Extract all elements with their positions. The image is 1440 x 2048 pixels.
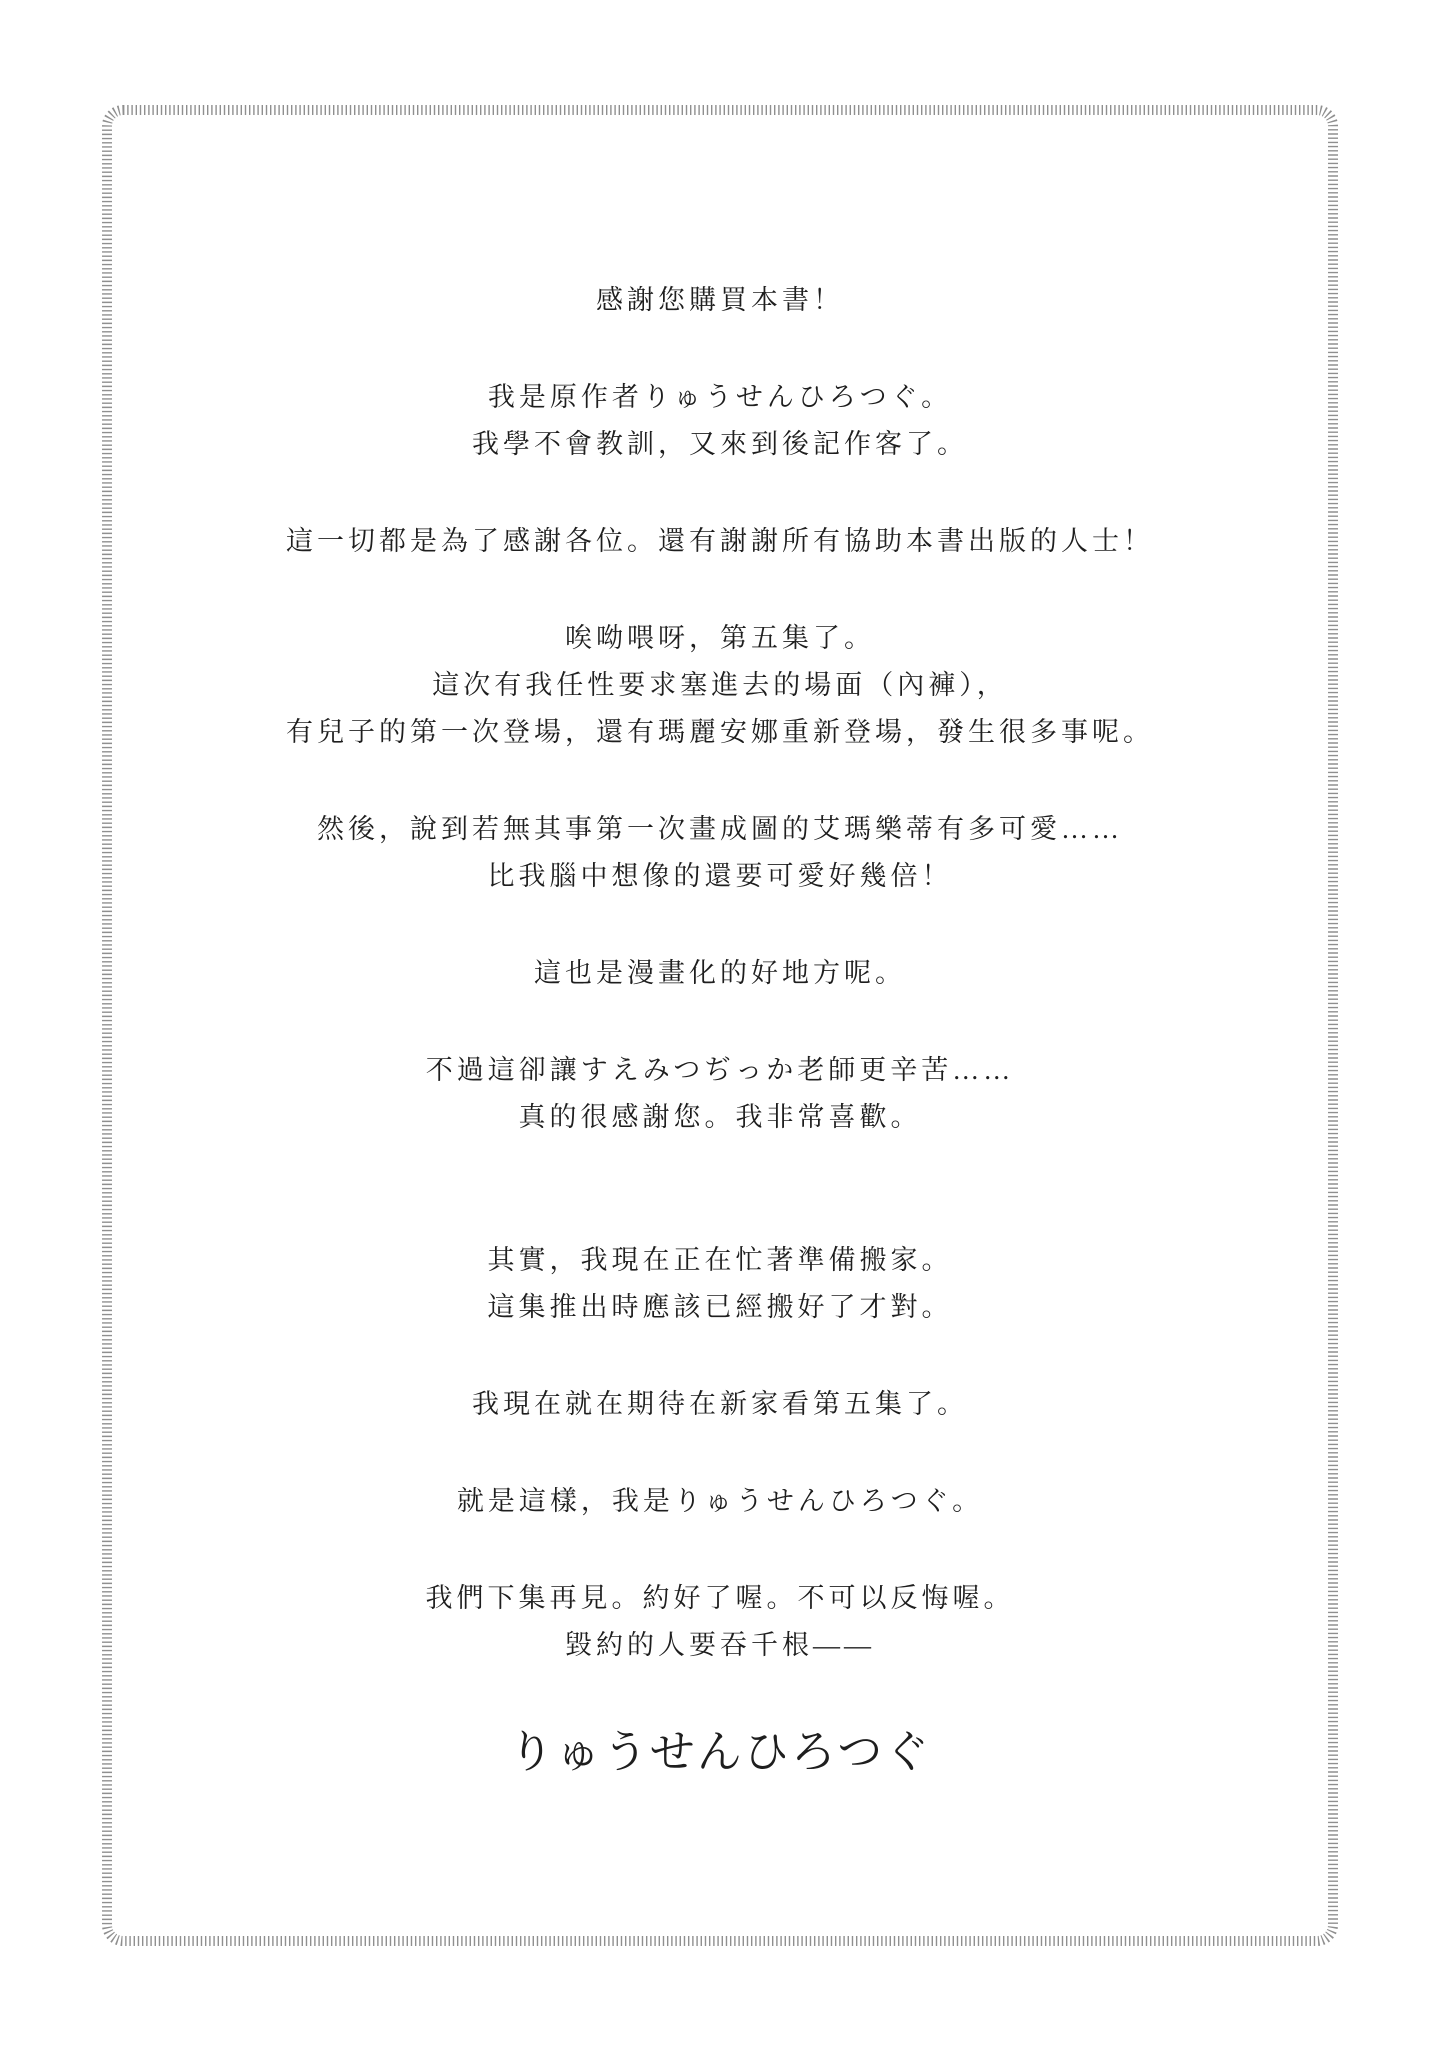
paragraph: 唉呦喂呀，第五集了。這次有我任性要求塞進去的場面（內褲），有兒子的第一次登場，還… [0,615,1440,756]
paragraph: 我現在就在期待在新家看第五集了。 [0,1381,1440,1428]
afterword-text: 感謝您購買本書！我是原作者りゅうせんひろつぐ。我學不會教訓，又來到後記作客了。這… [0,0,1440,1783]
afterword-page: 感謝您購買本書！我是原作者りゅうせんひろつぐ。我學不會教訓，又來到後記作客了。這… [0,0,1440,2048]
paragraph: 這一切都是為了感謝各位。還有謝謝所有協助本書出版的人士！ [0,518,1440,565]
text-line: 這集推出時應該已經搬好了才對。 [0,1284,1440,1331]
paragraph: 不過這卻讓すえみつぢっか老師更辛苦……真的很感謝您。我非常喜歡。 [0,1047,1440,1141]
text-line: 然後，說到若無其事第一次畫成圖的艾瑪樂蒂有多可愛…… [0,806,1440,853]
text-line: 我是原作者りゅうせんひろつぐ。 [0,374,1440,421]
paragraph: 就是這樣，我是りゅうせんひろつぐ。 [0,1478,1440,1525]
text-line: 毀約的人要吞千根—— [0,1622,1440,1669]
text-line: 真的很感謝您。我非常喜歡。 [0,1094,1440,1141]
paragraph: 然後，說到若無其事第一次畫成圖的艾瑪樂蒂有多可愛……比我腦中想像的還要可愛好幾倍… [0,806,1440,900]
text-line: 唉呦喂呀，第五集了。 [0,615,1440,662]
paragraph: 我們下集再見。約好了喔。不可以反悔喔。毀約的人要吞千根—— [0,1575,1440,1669]
text-line: 其實，我現在正在忙著準備搬家。 [0,1237,1440,1284]
text-line: 感謝您購買本書！ [0,277,1440,324]
afterword-paragraphs: 感謝您購買本書！我是原作者りゅうせんひろつぐ。我學不會教訓，又來到後記作客了。這… [0,277,1440,1669]
text-line: 我學不會教訓，又來到後記作客了。 [0,421,1440,468]
author-signature: りゅうせんひろつぐ [0,1721,1440,1783]
text-line: 比我腦中想像的還要可愛好幾倍！ [0,853,1440,900]
paragraph: 其實，我現在正在忙著準備搬家。這集推出時應該已經搬好了才對。 [0,1237,1440,1331]
text-line: 有兒子的第一次登場，還有瑪麗安娜重新登場，發生很多事呢。 [0,709,1440,756]
paragraph: 這也是漫畫化的好地方呢。 [0,950,1440,997]
text-line: 我們下集再見。約好了喔。不可以反悔喔。 [0,1575,1440,1622]
text-line: 就是這樣，我是りゅうせんひろつぐ。 [0,1478,1440,1525]
paragraph: 我是原作者りゅうせんひろつぐ。我學不會教訓，又來到後記作客了。 [0,374,1440,468]
text-line: 這一切都是為了感謝各位。還有謝謝所有協助本書出版的人士！ [0,518,1440,565]
text-line: 我現在就在期待在新家看第五集了。 [0,1381,1440,1428]
text-line: 不過這卻讓すえみつぢっか老師更辛苦…… [0,1047,1440,1094]
text-line: 這次有我任性要求塞進去的場面（內褲）， [0,662,1440,709]
text-line: 這也是漫畫化的好地方呢。 [0,950,1440,997]
paragraph: 感謝您購買本書！ [0,277,1440,324]
